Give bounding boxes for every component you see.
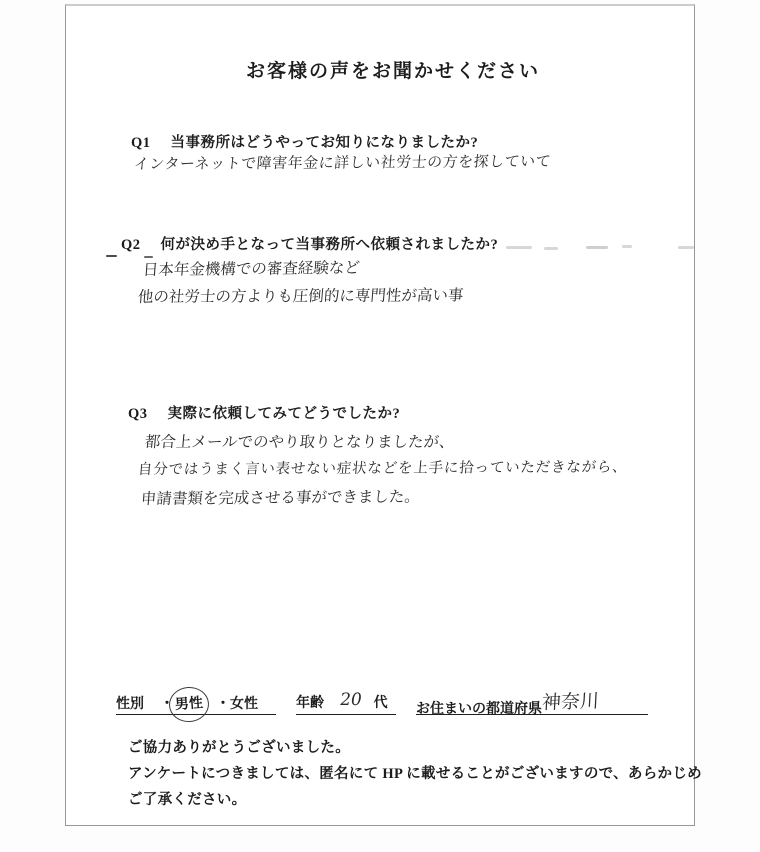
scan-artifact	[106, 255, 117, 257]
question-2-handwritten-answer-line-2: 他の社労士の方よりも圧倒的に専門性が高い事	[137, 283, 464, 307]
question-3-handwritten-answer-line-2: 自分ではうまく言い表せない症状などを上手に拾っていただきながら、	[137, 455, 628, 479]
scan-artifact	[544, 247, 558, 250]
question-1-header: Q1当事務所はどうやってお知りになりましたか?	[131, 131, 478, 152]
female-option: 女性	[230, 697, 258, 712]
question-3-handwritten-answer-line-3: 申請書類を完成させる事ができました。	[140, 485, 421, 509]
scan-artifact	[586, 246, 608, 249]
gender-label: 性別	[116, 697, 144, 712]
gender-field: 性別・男性・女性	[116, 692, 276, 715]
question-2-handwritten-answer-line-1: 日本年金機構での審査経験など	[142, 256, 361, 280]
footer-thanks: ご協力ありがとうございました。	[128, 736, 350, 757]
question-3-handwritten-answer-line-1: 都合上メールでのやり取りとなりましたが、	[144, 430, 456, 452]
scan-artifact	[678, 246, 694, 249]
prefecture-label: お住まいの都道府県	[416, 702, 542, 717]
female-option-bullet: ・	[216, 697, 230, 712]
survey-sheet: お客様の声をお聞かせください Q1当事務所はどうやってお知りになりましたか? イ…	[65, 4, 695, 826]
question-3-text: 実際に依頼してみてどうでしたか?	[168, 406, 401, 422]
age-label: 年齢	[296, 696, 324, 711]
prefecture-field: お住まいの都道府県神奈川	[416, 692, 648, 715]
question-1-handwritten-answer: インターネットで障害年金に詳しい社労士の方を探していて	[133, 150, 552, 174]
footer-notice-line-2: ご了承ください。	[128, 788, 246, 809]
age-field: 年齢20代	[296, 692, 396, 715]
question-2-label: Q2	[121, 237, 141, 254]
scan-artifact	[144, 256, 153, 258]
scan-artifact	[622, 245, 632, 248]
question-3-header: Q3実際に依頼してみてどうでしたか?	[128, 402, 400, 423]
question-2-text: 何が決め手となって当事務所へ依頼されましたか?	[161, 237, 499, 253]
prefecture-handwritten-value: 神奈川	[541, 686, 599, 715]
age-suffix: 代	[374, 696, 388, 711]
age-handwritten-value: 20	[338, 690, 363, 710]
question-1-text: 当事務所はどうやってお知りになりましたか?	[171, 135, 479, 151]
footer-notice-line-1: アンケートにつきましては、匿名にて HP に載せることがございますので、あらかじ…	[128, 762, 702, 783]
question-2-header: Q2何が決め手となって当事務所へ依頼されましたか?	[121, 233, 498, 254]
question-3-label: Q3	[128, 406, 148, 423]
male-option-circled: 男性	[168, 686, 210, 724]
scan-artifact	[506, 246, 532, 249]
survey-title: お客様の声をお聞かせください	[92, 56, 694, 83]
question-1-label: Q1	[131, 135, 151, 152]
